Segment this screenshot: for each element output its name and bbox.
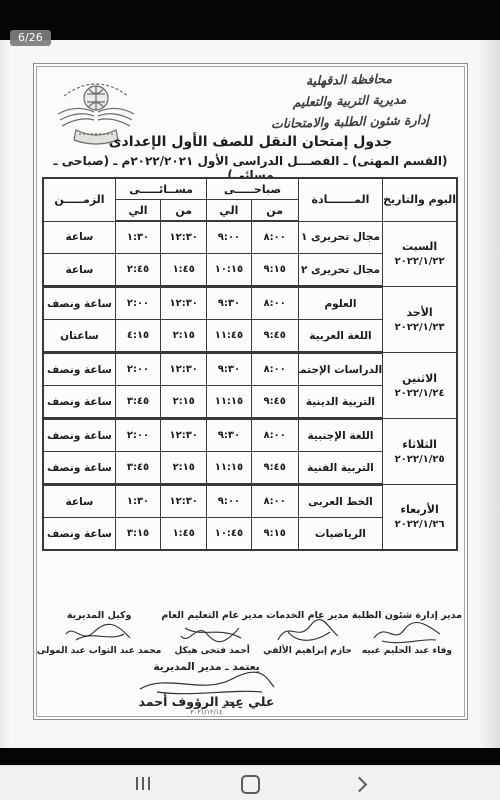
am-to-cell: ١١:١٥ [207,452,251,485]
duration-cell: ساعة [43,485,115,518]
pm-to-cell: ٢:٠٠ [115,287,160,320]
recents-icon[interactable] [136,777,150,790]
subject-cell: الخط العربى [298,485,382,518]
am-to-cell: ٩:٠٠ [207,221,251,254]
header-evening: مســائـــــى [115,178,206,200]
duration-cell: ساعتان [43,320,115,353]
day-date: ٢٠٢٢/١/٢٣ [383,320,456,335]
table-row: الأحد ٢٠٢٢/١/٢٣ العلوم ٨:٠٠ ٩:٣٠ ١٢:٣٠ ٢… [43,287,457,320]
signature-name: وفاء عبد الحليم عبيه [352,646,462,656]
signatures-row: مدير إدارة شئون الطلبة وفاء عبد الحليم ع… [39,610,462,656]
pm-to-cell: ١:٣٠ [115,221,160,254]
android-navigation-bar [0,765,500,800]
exam-schedule-table: اليوم والتاريخ المـــــــادة صباحـــــى … [42,177,458,551]
duration-cell: ساعة ونصف [43,518,115,551]
approval-name: علي عبد الرؤوف أحمد [89,694,324,709]
day-date: ٢٠٢٢/١/٢٦ [383,517,456,532]
subject-cell: العلوم [298,287,382,320]
duration-cell: ساعة ونصف [43,419,115,452]
home-icon[interactable] [241,775,260,794]
duration-cell: ساعة ونصف [43,452,115,485]
day-date-cell: الأربعاء ٢٠٢٢/١/٢٦ [383,485,457,551]
pm-to-cell: ٣:٤٥ [115,452,160,485]
document-frame: محافظة الدقهلية مديرية التربية والتعليم … [33,63,468,720]
approval-block: يعتمد ـ مدير المديرية علي عبد الرؤوف أحم… [89,661,324,716]
pm-to-cell: ٤:١٥ [115,320,160,353]
pm-to-cell: ٢:٤٥ [115,254,160,287]
am-from-cell: ٩:٤٥ [251,386,298,419]
day-date-cell: السبت ٢٠٢٢/١/٢٢ [383,221,457,287]
pm-from-cell: ١٢:٣٠ [161,485,207,518]
am-from-cell: ٨:٠٠ [251,287,298,320]
pm-from-cell: ٢:١٥ [161,386,207,419]
signature-block: مدير إدارة شئون الطلبة وفاء عبد الحليم ع… [352,610,462,656]
signature-scribble-icon [368,618,446,648]
duration-cell: ساعة [43,254,115,287]
table-row: الثلاثاء ٢٠٢٢/١/٢٥ اللغة الإجنبية ٨:٠٠ ٩… [43,419,457,452]
duration-cell: ساعة ونصف [43,386,115,419]
approval-date: ٢٠٢١/١٢/١٤ [89,708,324,716]
header-duration: الزمـــــن [43,178,115,221]
document-title: جدول إمتحان النقل للصف الأول الإعدادى [34,134,467,150]
subject-cell: الرياضيات [298,518,382,551]
am-to-cell: ٩:٣٠ [207,353,251,386]
day-name: الأحد [383,305,456,320]
bottom-black-bar [0,748,500,765]
document-photo-viewer[interactable]: محافظة الدقهلية مديرية التربية والتعليم … [0,40,500,748]
day-date-cell: الأحد ٢٠٢٢/١/٢٣ [383,287,457,353]
header-pm-to: الي [115,200,160,222]
header-subject: المـــــــادة [298,178,382,221]
table-row: الاثنين ٢٠٢٢/١/٢٤ الدراسات الإجتماعية ٨:… [43,353,457,386]
am-from-cell: ٩:٤٥ [251,452,298,485]
am-from-cell: ٩:٤٥ [251,320,298,353]
signature-scribble-icon [173,618,251,648]
header-pm-from: من [161,200,207,222]
am-to-cell: ١٠:١٥ [207,254,251,287]
am-from-cell: ٩:١٥ [251,254,298,287]
pm-to-cell: ٣:٤٥ [115,386,160,419]
am-to-cell: ١٠:٤٥ [207,518,251,551]
header-day-date: اليوم والتاريخ [383,178,457,221]
signature-block: وكيل المديرية محمد عبد التواب عبد المولى [37,610,161,656]
signature-scribble-icon [60,618,138,648]
subject-cell: اللغة العربية [298,320,382,353]
signature-block: مدير عام التعليم العام أحمد فتحى هيكل [161,610,263,656]
page-indicator-badge: 6/26 [10,30,51,46]
signature-name: أحمد فتحى هيكل [161,646,263,656]
header-am-to: الي [207,200,251,222]
subject-cell: اللغة الإجنبية [298,419,382,452]
letterhead: محافظة الدقهلية مديرية التربية والتعليم … [241,66,458,135]
pm-to-cell: ١:٣٠ [115,485,160,518]
am-to-cell: ٩:٣٠ [207,287,251,320]
day-date: ٢٠٢٢/١/٢٢ [383,254,456,269]
signature-name: محمد عبد التواب عبد المولى [37,646,161,656]
header-morning: صباحـــــى [207,178,298,200]
pm-from-cell: ٢:١٥ [161,452,207,485]
pm-from-cell: ١٢:٣٠ [161,419,207,452]
day-name: الاثنين [383,371,456,386]
table-row: الأربعاء ٢٠٢٢/١/٢٦ الخط العربى ٨:٠٠ ٩:٠٠… [43,485,457,518]
day-name: الأربعاء [383,502,456,517]
signature-scribble-icon [268,618,346,648]
day-date: ٢٠٢٢/١/٢٤ [383,386,456,401]
back-icon[interactable] [352,777,368,793]
table-row: السبت ٢٠٢٢/١/٢٢ مجال تحريرى ١ ٨:٠٠ ٩:٠٠ … [43,221,457,254]
subject-cell: الدراسات الإجتماعية [298,353,382,386]
duration-cell: ساعة ونصف [43,353,115,386]
subject-cell: مجال تحريرى ١ [298,221,382,254]
day-name: الثلاثاء [383,437,456,452]
am-from-cell: ٨:٠٠ [251,419,298,452]
day-name: السبت [383,239,456,254]
am-to-cell: ٩:٠٠ [207,485,251,518]
am-from-cell: ٨:٠٠ [251,353,298,386]
signature-block: مدير عام الخدمات حازم إبراهيم الألفي [263,610,352,656]
pm-to-cell: ٢:٠٠ [115,419,160,452]
am-from-cell: ٨:٠٠ [251,221,298,254]
subject-cell: التربية الفنية [298,452,382,485]
pm-from-cell: ١٢:٣٠ [161,287,207,320]
am-from-cell: ٨:٠٠ [251,485,298,518]
duration-cell: ساعة [43,221,115,254]
day-date: ٢٠٢٢/١/٢٥ [383,452,456,467]
table-header-row: اليوم والتاريخ المـــــــادة صباحـــــى … [43,178,457,200]
duration-cell: ساعة ونصف [43,287,115,320]
day-date-cell: الاثنين ٢٠٢٢/١/٢٤ [383,353,457,419]
signature-name: حازم إبراهيم الألفي [263,646,352,656]
letterhead-administration: إدارة شئون الطلبة والامتحانات [242,108,457,135]
header-am-from: من [251,200,298,222]
day-date-cell: الثلاثاء ٢٠٢٢/١/٢٥ [383,419,457,485]
subject-cell: مجال تحريرى ٢ [298,254,382,287]
am-to-cell: ٩:٣٠ [207,419,251,452]
am-from-cell: ٩:١٥ [251,518,298,551]
pm-to-cell: ٢:٠٠ [115,353,160,386]
subject-cell: التربية الدينية [298,386,382,419]
am-to-cell: ١١:١٥ [207,386,251,419]
pm-to-cell: ٣:١٥ [115,518,160,551]
pm-from-cell: ١:٤٥ [161,518,207,551]
pm-from-cell: ١٢:٣٠ [161,221,207,254]
document-page-number: ـ ٦ ـ [222,700,242,711]
pm-from-cell: ١٢:٣٠ [161,353,207,386]
am-to-cell: ١١:٤٥ [207,320,251,353]
pm-from-cell: ١:٤٥ [161,254,207,287]
status-bar [0,0,500,40]
pm-from-cell: ٢:١٥ [161,320,207,353]
